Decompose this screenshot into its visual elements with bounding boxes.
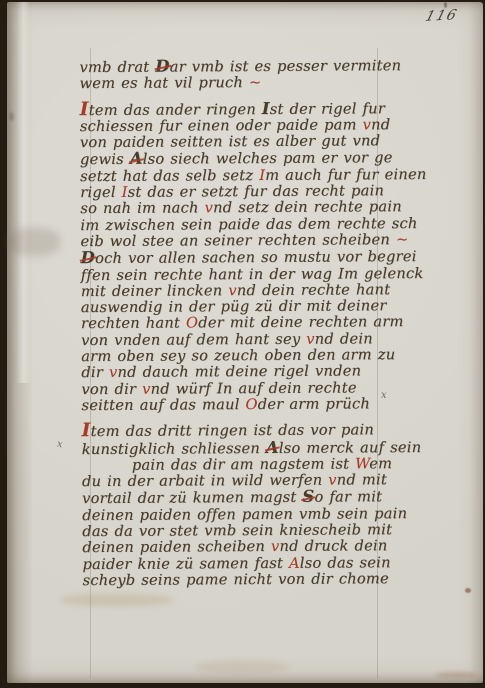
ink-segment: setzt hat das selb setz [80, 167, 259, 185]
rubricated-segment: v [306, 330, 315, 347]
parchment-stain [59, 594, 174, 606]
rubricated-segment: S [302, 489, 314, 505]
ink-segment: mit deiner lincken [81, 282, 229, 300]
ink-segment: vmb drat [79, 59, 155, 76]
ink-segment: der arm prüch [258, 395, 370, 413]
ink-segment: der mit deine rechten arm [198, 314, 404, 332]
ink-segment: ar vmb ist es pesser vermiten [170, 57, 402, 75]
ink-segment: m auch fur fur einen [265, 166, 426, 184]
ink-segment: kunstigklich schliessen [82, 440, 266, 458]
ink-segment: lso merck auf sein [279, 439, 422, 457]
rubricated-segment: I [80, 98, 89, 120]
photo-background: { "page": { "folio_number": "116", "marg… [0, 0, 485, 688]
rubricated-segment: A [130, 151, 143, 167]
paragraph: Item das dritt ringen ist das vor painku… [82, 419, 445, 589]
paragraph: Doch vor allen sachen so mustu vor begre… [81, 248, 444, 414]
ink-segment: wem es hat vil pruch [79, 74, 248, 92]
rubricated-segment: v [228, 282, 237, 299]
ink-segment: o far mit [314, 489, 382, 506]
ink-segment: seitten auf das maul [81, 396, 245, 414]
rubricated-segment: O [186, 315, 198, 332]
rubricated-segment: v [142, 380, 151, 397]
ink-segment: nd dein rechte hant [237, 281, 391, 299]
ink-speck [9, 112, 14, 121]
rubricated-segment: D [81, 250, 96, 266]
parchment-stain [195, 660, 290, 674]
ink-speck [465, 588, 471, 593]
text-line: scheyb seins pame nicht von dir chome [83, 571, 445, 590]
rubricated-segment: I [82, 419, 91, 441]
rubricated-segment: O [245, 396, 257, 413]
ink-segment: nd setz dein rechte pain [213, 199, 402, 217]
paragraph: vmb drat Dar vmb ist es pesser vermitenw… [79, 57, 441, 93]
ink-segment: lso das sein [300, 554, 391, 572]
rubricated-segment: A [266, 439, 279, 455]
ink-segment: nd dein [315, 330, 373, 347]
text-block: vmb drat Dar vmb ist es pesser vermitenw… [79, 57, 444, 589]
verso-show-through [8, 228, 60, 256]
ink-segment: scheyb seins pame nicht von dir chome [83, 570, 389, 589]
ink-segment: tem das ander ringen [89, 101, 262, 119]
ink-segment: em [369, 455, 392, 472]
ink-segment: nd druck dein [279, 538, 387, 556]
ink-segment: dir [81, 364, 109, 381]
page-fold-highlight [16, 2, 31, 383]
rubricated-segment: v [271, 538, 280, 555]
ink-segment: du in der arbait in wild werfen [82, 472, 328, 491]
rubricated-segment: D [155, 59, 170, 75]
rubricated-segment: v [328, 472, 337, 489]
ink-segment: gewis [80, 151, 130, 168]
margin-mark-left: x [56, 439, 63, 451]
margin-mark-right: x [381, 390, 387, 401]
rubricated-segment: v [205, 200, 214, 217]
ink-segment: rigel [80, 184, 122, 201]
ink-segment: so nah im nach [80, 200, 204, 218]
rubricated-segment: ~ [249, 74, 262, 91]
rubricated-segment: W [355, 455, 369, 472]
ink-segment: von paiden seitten ist es alber gut vnd [80, 132, 380, 151]
ink-segment: tem das dritt ringen ist das vor pain [91, 422, 375, 441]
text-line: wem es hat vil pruch ~ [79, 74, 441, 93]
ink-segment: deinen paiden scheiben [82, 538, 271, 556]
ink-segment: eib wol stee an seiner rechten scheiben [80, 231, 396, 250]
rubricated-segment: ~ [396, 231, 409, 248]
manuscript-page: 116 vmb drat Dar vmb ist es pesser vermi… [7, 2, 483, 683]
folio-number: 116 [423, 7, 459, 25]
text-line: Item das dritt ringen ist das vor pain [82, 419, 444, 441]
ink-segment: von dir [81, 380, 142, 397]
rubricated-segment: A [289, 554, 300, 571]
rubricated-segment: I [262, 99, 270, 118]
ink-segment: rechten hant [81, 315, 186, 333]
ink-segment: nd [371, 116, 390, 133]
text-line: seitten auf das maul Oder arm prüch [81, 396, 443, 415]
rubricated-segment: v [109, 364, 118, 381]
ink-segment: nd mit [337, 471, 387, 488]
parchment-stain [435, 672, 477, 678]
ink-segment: st der rigel fur [270, 100, 385, 118]
paragraph: Item das ander ringen Ist der rigel furs… [80, 97, 443, 250]
